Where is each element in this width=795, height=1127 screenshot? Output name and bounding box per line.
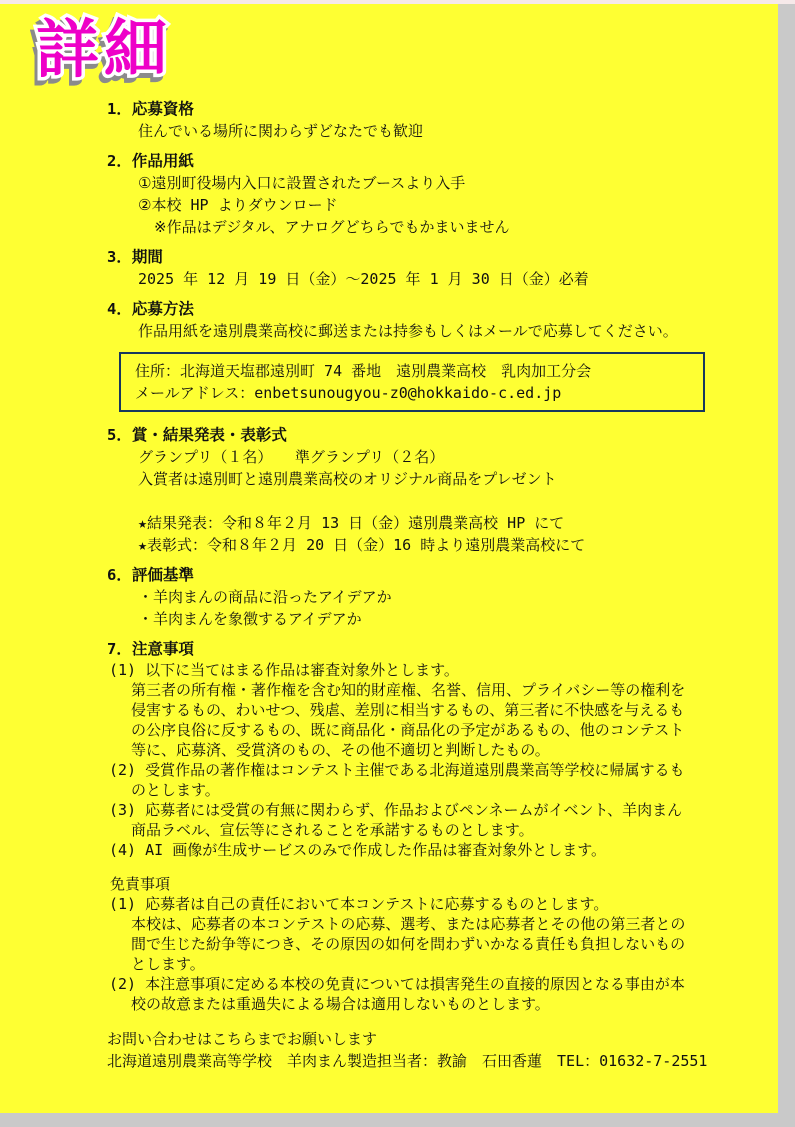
blank-line	[107, 490, 767, 512]
contact-line: 北海道遠別農業高等学校 羊肉まん製造担当者：教諭 石田香蓮 TEL：01632-…	[107, 1050, 767, 1072]
text-line: ★表彰式：令和８年２月 20 日（金）16 時より遠別農業高校にて	[138, 534, 767, 556]
text-line: グランプリ（１名） 準グランプリ（２名）	[138, 446, 767, 468]
disclaimer-line: (2) 本注意事項に定める本校の免責については損害発生の直接的原因となる事由が本	[109, 974, 767, 994]
disclaimer-heading: 免責事項	[110, 874, 767, 894]
note-line: (2) 受賞作品の著作権はコンテスト主催である北海道遠別農業高等学校に帰属するも	[109, 760, 767, 780]
note-line: 等に、応募済、受賞済のもの、その他不適切と判断したもの。	[131, 740, 767, 760]
email-line: メールアドレス：enbetsunougyou-z0@hokkaido-c.ed.…	[135, 382, 703, 404]
disclaimer-line: 校の故意または重過失による場合は適用しないものとします。	[131, 994, 767, 1014]
text-line: ・羊肉まんを象徴するアイデアか	[138, 608, 767, 630]
section-1-heading: 1．応募資格	[107, 98, 767, 120]
note-line: 第三者の所有権・著作権を含む知的財産権、名誉、信用、プライバシー等の権利を	[131, 680, 767, 700]
note-line: の公序良俗に反するもの、既に商品化・商品化の予定があるもの、他のコンテスト	[131, 720, 767, 740]
text-line: ※作品はデジタル、アナログどちらでもかまいません	[154, 216, 767, 238]
section-3-heading: 3．期間	[107, 246, 767, 268]
text-line: 2025 年 12 月 19 日（金）～2025 年 1 月 30 日（金）必着	[138, 268, 767, 290]
section-6-heading: 6．評価基準	[107, 564, 767, 586]
contact-line: お問い合わせはこちらまでお願いします	[107, 1028, 767, 1050]
disclaimer-line: とします。	[131, 954, 767, 974]
address-box: 住所：北海道天塩郡遠別町 74 番地 遠別農業高校 乳肉加工分会 メールアドレス…	[119, 352, 705, 412]
disclaimer-line: 本校は、応募者の本コンテストの応募、選考、または応募者とその他の第三者との	[131, 914, 767, 934]
text-line: 作品用紙を遠別農業高校に郵送または持参もしくはメールで応募してください。	[138, 320, 767, 342]
text-line: ★結果発表：令和８年２月 13 日（金）遠別農業高校 HP にて	[138, 512, 767, 534]
text-line: 住んでいる場所に関わらずどなたでも歓迎	[138, 120, 767, 142]
disclaimer-line: (1) 応募者は自己の責任において本コンテストに応募するものとします。	[109, 894, 767, 914]
screenshot-root: { "title": "詳細", "colors": { "page_bg": …	[0, 0, 795, 1127]
section-7-heading: 7．注意事項	[107, 638, 767, 660]
page-content: 1．応募資格 住んでいる場所に関わらずどなたでも歓迎 2．作品用紙 ①遠別町役場…	[107, 4, 767, 1072]
text-line: 入賞者は遠別町と遠別農業高校のオリジナル商品をプレゼント	[138, 468, 767, 490]
note-line: のとします。	[131, 780, 767, 800]
disclaimer-line: 間で生じた紛争等につき、その原因の如何を問わずいかなる責任も負担しないもの	[131, 934, 767, 954]
address-line: 住所：北海道天塩郡遠別町 74 番地 遠別農業高校 乳肉加工分会	[135, 360, 703, 382]
note-line: 侵害するもの、わいせつ、残虐、差別に相当するもの、第三者に不快感を与えるも	[131, 700, 767, 720]
text-line: ・羊肉まんの商品に沿ったアイデアか	[138, 586, 767, 608]
note-line: (3) 応募者には受賞の有無に関わらず、作品およびペンネームがイベント、羊肉まん	[109, 800, 767, 820]
section-2-heading: 2．作品用紙	[107, 150, 767, 172]
contact-section: お問い合わせはこちらまでお願いします 北海道遠別農業高等学校 羊肉まん製造担当者…	[107, 1028, 767, 1072]
document-page: 詳細 1．応募資格 住んでいる場所に関わらずどなたでも歓迎 2．作品用紙 ①遠別…	[0, 4, 778, 1113]
note-line: (4) AI 画像が生成サービスのみで作成した作品は審査対象外とします。	[109, 840, 767, 860]
section-5-heading: 5．賞・結果発表・表彰式	[107, 424, 767, 446]
text-line: ①遠別町役場内入口に設置されたブースより入手	[138, 172, 767, 194]
section-4-heading: 4．応募方法	[107, 298, 767, 320]
note-line: 商品ラベル、宣伝等にされることを承諾するものとします。	[131, 820, 767, 840]
note-line: (1) 以下に当てはまる作品は審査対象外とします。	[109, 660, 767, 680]
text-line: ②本校 HP よりダウンロード	[138, 194, 767, 216]
